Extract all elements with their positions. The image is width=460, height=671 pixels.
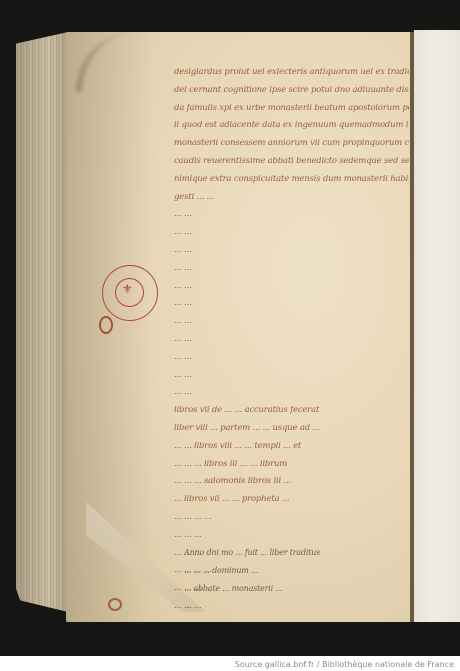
text-line-content: ... ...	[174, 246, 409, 255]
shelfmark-mark-icon	[99, 316, 113, 334]
text-line-content: del cernant cognitione ipse scire potui …	[174, 86, 409, 95]
text-line-content: ... ... libros viii ... ... templi ... e…	[174, 442, 409, 451]
text-line: libros vii de ... ... accuratius fecerat	[174, 406, 409, 415]
text-line: ... libros vii ... ... propheta ...	[174, 495, 409, 504]
text-line-content: ... ...	[174, 299, 409, 308]
text-line-content: ... ... ... salomonis libros iii ...	[174, 477, 409, 486]
text-line-content: nimique extra conspicuitate mensis dum m…	[174, 175, 409, 184]
text-line: ... ...	[174, 388, 409, 397]
text-line-content: ... ... ... dominum ...	[184, 566, 404, 575]
text-line-content: caudis reuerentissime abbati benedicto s…	[174, 157, 409, 166]
text-line-content: ... ... ... ...	[174, 513, 409, 522]
text-line: gesti ... ...	[174, 193, 409, 202]
facing-page	[414, 30, 460, 622]
text-line: ... ...	[174, 228, 409, 237]
text-line: ... ... libros viii ... ... templi ... e…	[174, 442, 409, 451]
text-line-content: ... ...	[174, 264, 409, 273]
text-line-content: li quod est adiacente data ex ingenuum q…	[174, 121, 409, 130]
text-line-content: ...	[184, 601, 404, 610]
text-line: ... ...	[174, 299, 409, 308]
text-line: ... ...	[174, 317, 409, 326]
text-line-content: ... ...	[174, 228, 409, 237]
later-annotation: Anno dni mo ... fuit ... liber traditus.…	[184, 548, 404, 619]
text-line: ... ... ... ...	[174, 513, 409, 522]
text-line: monasterii consessem anniorum vii cum pr…	[174, 139, 409, 148]
text-line-content: desiglardus proiut uel exlecteris antiqu…	[174, 68, 409, 77]
text-line-content: da famulis xpi ex urbe monasterii beatum…	[174, 104, 409, 113]
text-line-content: ... ...	[174, 371, 409, 380]
margin-mark-icon	[108, 598, 122, 611]
text-line-content: gesti ... ...	[174, 193, 409, 202]
page-edges	[16, 32, 68, 612]
text-line: nimique extra conspicuitate mensis dum m…	[174, 175, 409, 184]
text-line: ... ... ... libros iii ... ... librum	[174, 460, 409, 469]
text-line: desiglardus proiut uel exlecteris antiqu…	[174, 68, 409, 77]
text-line-content: ... ...	[174, 335, 409, 344]
text-line: del cernant cognitione ipse scire potui …	[174, 86, 409, 95]
text-line: ... ...	[174, 282, 409, 291]
text-line: li quod est adiacente data ex ingenuum q…	[174, 121, 409, 130]
text-line: ... ... ...	[174, 531, 409, 540]
text-line-content: ... ... ...	[174, 531, 409, 540]
library-stamp-icon: ⚜	[102, 265, 158, 321]
manuscript-scan: desiglardus proiut uel exlecteris antiqu…	[0, 0, 460, 656]
text-line-content: libros vii de ... ... accuratius fecerat	[174, 406, 409, 415]
text-line-content: ... abbate ... monasterii ...	[184, 584, 404, 593]
text-line: ... ...	[174, 246, 409, 255]
text-line-content: ... ...	[174, 210, 409, 219]
text-line: ... ...	[174, 353, 409, 362]
main-text: desiglardus proiut uel exlecteris antiqu…	[174, 68, 409, 620]
text-line-content: monasterii consessem anniorum vii cum pr…	[174, 139, 409, 148]
text-line: ... ...	[174, 371, 409, 380]
text-line-content: ... ...	[174, 388, 409, 397]
text-line-content: ... libros vii ... ... propheta ...	[174, 495, 409, 504]
text-line-content: Anno dni mo ... fuit ... liber traditus	[184, 548, 404, 557]
text-line-content: ... ...	[174, 282, 409, 291]
text-line-content: ... ...	[174, 317, 409, 326]
text-line-content: ... ...	[174, 353, 409, 362]
text-line: ... ...	[174, 210, 409, 219]
text-line: ...	[184, 601, 404, 610]
text-line-content: ... ... ... libros iii ... ... librum	[174, 460, 409, 469]
text-line: caudis reuerentissime abbati benedicto s…	[174, 157, 409, 166]
text-line: ... ...	[174, 264, 409, 273]
source-caption: Source gallica.bnf.fr / Bibliothèque nat…	[235, 660, 454, 669]
text-line: ... abbate ... monasterii ...	[184, 584, 404, 593]
text-line: liber viii ... partem ... ... usque ad .…	[174, 424, 409, 433]
text-line: da famulis xpi ex urbe monasterii beatum…	[174, 104, 409, 113]
fleur-icon: ⚜	[122, 282, 133, 296]
text-line: Anno dni mo ... fuit ... liber traditus	[184, 548, 404, 557]
text-line-content: liber viii ... partem ... ... usque ad .…	[174, 424, 409, 433]
text-line: ... ...	[174, 335, 409, 344]
text-line: ... ... ... salomonis libros iii ...	[174, 477, 409, 486]
text-line: ... ... ... dominum ...	[184, 566, 404, 575]
